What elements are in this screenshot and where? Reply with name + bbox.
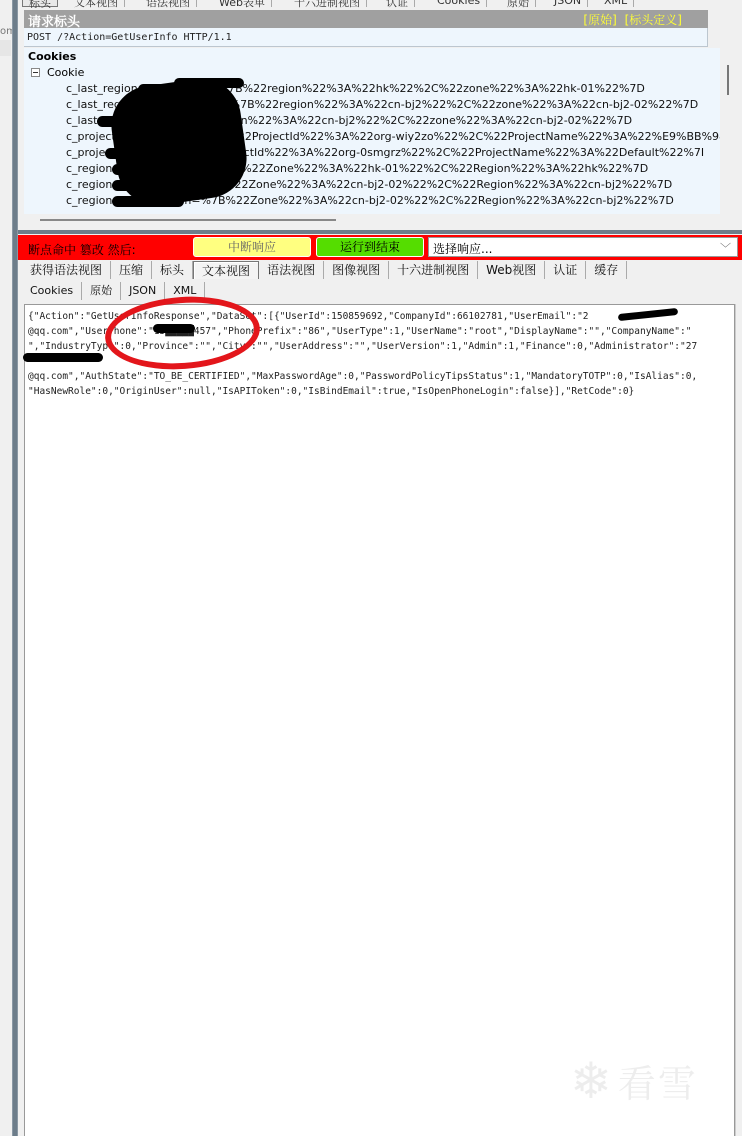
request-tab[interactable]: Cookies (431, 0, 487, 7)
left-session-pane: om (0, 0, 12, 1136)
redaction-scribble (23, 353, 103, 362)
header-links: [原始] [标头定义] (579, 11, 682, 28)
cookie-horizontal-scrollbar[interactable] (24, 214, 720, 226)
cookie-value: m=%7B%22Zone%22%3A%22hk-01%22%2C%22Regio… (196, 162, 648, 175)
request-tab[interactable]: JSON (548, 0, 588, 7)
request-tab[interactable]: 文本视图 (68, 0, 125, 7)
request-headers-titlebar: 请求标头 [原始] [标头定义] (24, 10, 708, 28)
response-tab[interactable]: 缓存 (586, 261, 627, 279)
collapse-icon[interactable] (31, 68, 40, 77)
raw-link[interactable]: [原始] (583, 13, 616, 27)
panel-divider[interactable] (18, 230, 742, 234)
cookie-value: om=%7B%22ProjectId%22%3A%22org-wiy2zo%22… (176, 130, 720, 143)
cookie-vertical-scrollbar[interactable] (727, 65, 729, 95)
request-tab[interactable]: 语法视图 (140, 0, 197, 7)
pane-splitter[interactable] (12, 0, 18, 1136)
response-tab[interactable]: Web视图 (478, 261, 545, 279)
response-tab[interactable]: 获得语法视图 (22, 261, 111, 279)
response-tab[interactable]: 原始 (82, 282, 121, 300)
response-tab[interactable]: 认证 (545, 261, 586, 279)
redaction-scribble (174, 78, 244, 88)
header-definitions-link[interactable]: [标头定义] (625, 13, 682, 27)
break-on-response-button[interactable]: 中断响应 (193, 237, 311, 257)
cookie-node[interactable]: Cookie (31, 66, 84, 79)
chevron-down-icon: ﹀ (720, 240, 731, 256)
response-tab[interactable]: 标头 (152, 261, 193, 279)
cookie-value: om=%7B%22Zone%22%3A%22cn-bj2-02%22%2C%22… (172, 178, 672, 191)
response-tab[interactable]: 文本视图 (193, 261, 259, 279)
cookies-section-label: Cookies (28, 50, 76, 63)
redaction-scribble (106, 74, 251, 211)
cookie-tree: Cookies Cookie c_last_regionm=%7B%22regi… (24, 48, 720, 214)
cookie-name: c_project (66, 129, 116, 145)
cookie-value: 3%22region%22%3A%22cn-bj2%22%2C%22zone%2… (181, 114, 632, 127)
cookie-value: m=%7B%22region%22%3A%22hk%22%2C%22zone%2… (198, 82, 645, 95)
cookie-node-label: Cookie (47, 66, 84, 79)
breakpoint-label: 断点命中 篡改 然后: (28, 241, 136, 258)
cookie-name: c_region (66, 161, 112, 177)
request-tab[interactable]: 原始 (501, 0, 536, 7)
choose-response-placeholder: 选择响应... (433, 242, 492, 256)
response-tabs-row-1: 获得语法视图压缩标头文本视图语法视图图像视图十六进制视图Web视图认证缓存 (22, 261, 627, 281)
response-tab[interactable]: 图像视图 (324, 261, 389, 279)
watermark: ❄ 看雪 (570, 1053, 698, 1108)
response-tab[interactable]: Cookies (22, 282, 82, 300)
request-line: POST /?Action=GetUserInfo HTTP/1.1 (24, 28, 708, 47)
response-text-view[interactable]: {"Action":"GetUserInfoResponse","DataSet… (24, 304, 735, 1136)
breakpoint-bar: 断点命中 篡改 然后: 中断响应 运行到结束 选择响应... ﹀ (18, 235, 742, 260)
cookie-name: c_proje (66, 145, 105, 161)
fiddler-window: om 标头 文本视图 语法视图 Web表单 十六进制视图 认证 Cookies … (0, 0, 742, 1136)
request-tab[interactable]: 标头 (22, 0, 58, 7)
response-tab[interactable]: 十六进制视图 (389, 261, 478, 279)
request-tab[interactable]: Web表单 (213, 0, 272, 7)
left-pane-row[interactable] (0, 40, 11, 56)
cookie-value: 7B%22ProjectId%22%3A%22org-0smgrz%22%2C%… (177, 146, 704, 159)
cookie-name: c_region (66, 193, 112, 209)
request-tab[interactable]: 十六进制视图 (288, 0, 367, 7)
cookie-value: m=%7B%22region%22%3A%22cn-bj2%22%2C%22zo… (210, 98, 699, 111)
cookie-value: n=%7B%22Zone%22%3A%22cn-bj2-02%22%2C%22R… (184, 194, 673, 207)
request-tab[interactable]: 认证 (380, 0, 415, 7)
request-tab[interactable]: XML (598, 0, 634, 7)
response-tab[interactable]: 语法视图 (259, 261, 324, 279)
response-body-line: @qq.com","AuthState":"TO_BE_CERTIFIED","… (28, 369, 732, 384)
request-tabs: 标头 文本视图 语法视图 Web表单 十六进制视图 认证 Cookies 原始 … (18, 0, 742, 8)
scrollbar-thumb[interactable] (40, 219, 336, 221)
response-tab[interactable]: JSON (121, 282, 165, 300)
snowflake-icon: ❄ (570, 1056, 612, 1106)
response-body-line: "HasNewRole":0,"OriginUser":null,"IsAPIT… (28, 384, 732, 399)
response-tab[interactable]: 压缩 (111, 261, 152, 279)
watermark-text: 看雪 (618, 1053, 698, 1108)
right-edge-panel (735, 304, 742, 1136)
cookie-name: c_region (66, 177, 112, 193)
run-to-completion-button[interactable]: 运行到结束 (316, 237, 424, 257)
cookie-name: c_last (66, 113, 97, 129)
choose-response-select[interactable]: 选择响应... ﹀ (428, 237, 738, 257)
